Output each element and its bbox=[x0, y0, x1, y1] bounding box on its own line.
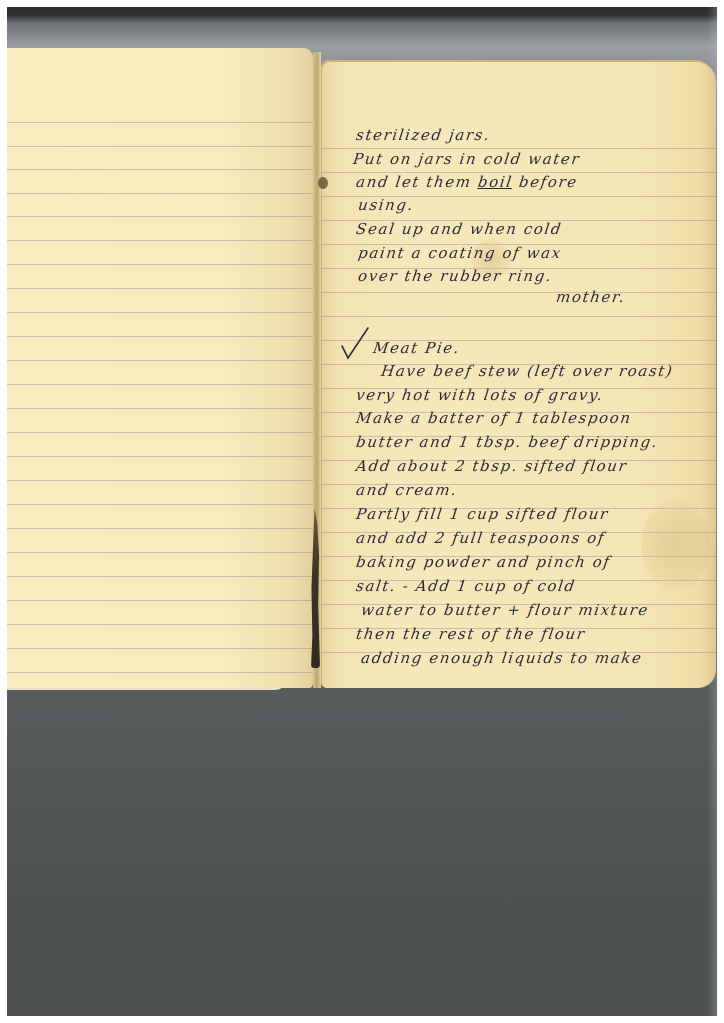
rule-line bbox=[7, 122, 313, 123]
handwritten-line: and cream. bbox=[355, 481, 459, 499]
handwritten-line: then the rest of the flour bbox=[355, 625, 587, 643]
rule-line bbox=[7, 360, 313, 361]
rule-line bbox=[7, 146, 313, 147]
rule-line bbox=[321, 292, 716, 293]
checkmark-icon bbox=[340, 326, 370, 360]
rule-line bbox=[7, 336, 313, 337]
recipe-title: Meat Pie. bbox=[372, 339, 461, 357]
handwritten-line: using. bbox=[357, 196, 415, 214]
rule-line bbox=[7, 552, 313, 553]
rule-line bbox=[7, 672, 313, 673]
handwritten-line: adding enough liquids to make bbox=[360, 649, 644, 667]
handwritten-line: paint a coating of wax bbox=[357, 244, 563, 262]
handwritten-line: very hot with lots of gravy. bbox=[355, 386, 605, 404]
rule-line bbox=[7, 576, 313, 577]
rule-line bbox=[7, 456, 313, 457]
rule-line bbox=[7, 624, 313, 625]
handwritten-line: Partly fill 1 cup sifted flour bbox=[355, 505, 610, 523]
spine-stain bbox=[318, 177, 328, 189]
rule-line bbox=[7, 312, 313, 313]
rule-line bbox=[7, 264, 313, 265]
rule-line bbox=[7, 504, 313, 505]
handwritten-line-text: before bbox=[511, 173, 579, 191]
handwritten-line: and add 2 full teaspoons of bbox=[355, 529, 606, 547]
handwritten-line: sterilized jars. bbox=[355, 126, 492, 144]
rule-line bbox=[7, 216, 313, 217]
handwritten-line: over the rubber ring. bbox=[357, 267, 554, 285]
rule-line bbox=[7, 169, 313, 170]
rule-line bbox=[7, 240, 313, 241]
handwritten-line: Make a batter of 1 tablespoon bbox=[355, 409, 633, 427]
rule-line bbox=[7, 480, 313, 481]
water-stain bbox=[641, 500, 711, 590]
rule-line bbox=[321, 148, 716, 149]
handwritten-line: Put on jars in cold water bbox=[352, 150, 581, 168]
handwritten-line: water to butter + flour mixture bbox=[360, 601, 650, 619]
rule-line bbox=[321, 316, 716, 317]
handwritten-line: butter and 1 tbsp. beef dripping. bbox=[355, 433, 659, 451]
handwritten-line: baking powder and pinch of bbox=[355, 553, 612, 571]
underlined-word: boil bbox=[477, 173, 514, 191]
handwritten-line: salt. - Add 1 cup of cold bbox=[355, 577, 577, 595]
rule-line bbox=[7, 528, 313, 529]
handwritten-line: Seal up and when cold bbox=[355, 220, 563, 238]
left-page bbox=[7, 48, 313, 688]
rule-line bbox=[7, 288, 313, 289]
handwritten-line: and let them boil before bbox=[355, 173, 579, 191]
rule-line bbox=[7, 384, 313, 385]
handwritten-line: Add about 2 tbsp. sifted flour bbox=[355, 457, 629, 475]
rule-line bbox=[7, 600, 313, 601]
handwritten-line: Have beef stew (left over roast) bbox=[380, 362, 675, 380]
handwritten-line-text: and let them bbox=[355, 173, 479, 191]
signature: mother. bbox=[555, 288, 627, 306]
rule-line bbox=[7, 432, 313, 433]
rule-line bbox=[7, 193, 313, 194]
rule-line bbox=[7, 408, 313, 409]
rule-line bbox=[7, 648, 313, 649]
